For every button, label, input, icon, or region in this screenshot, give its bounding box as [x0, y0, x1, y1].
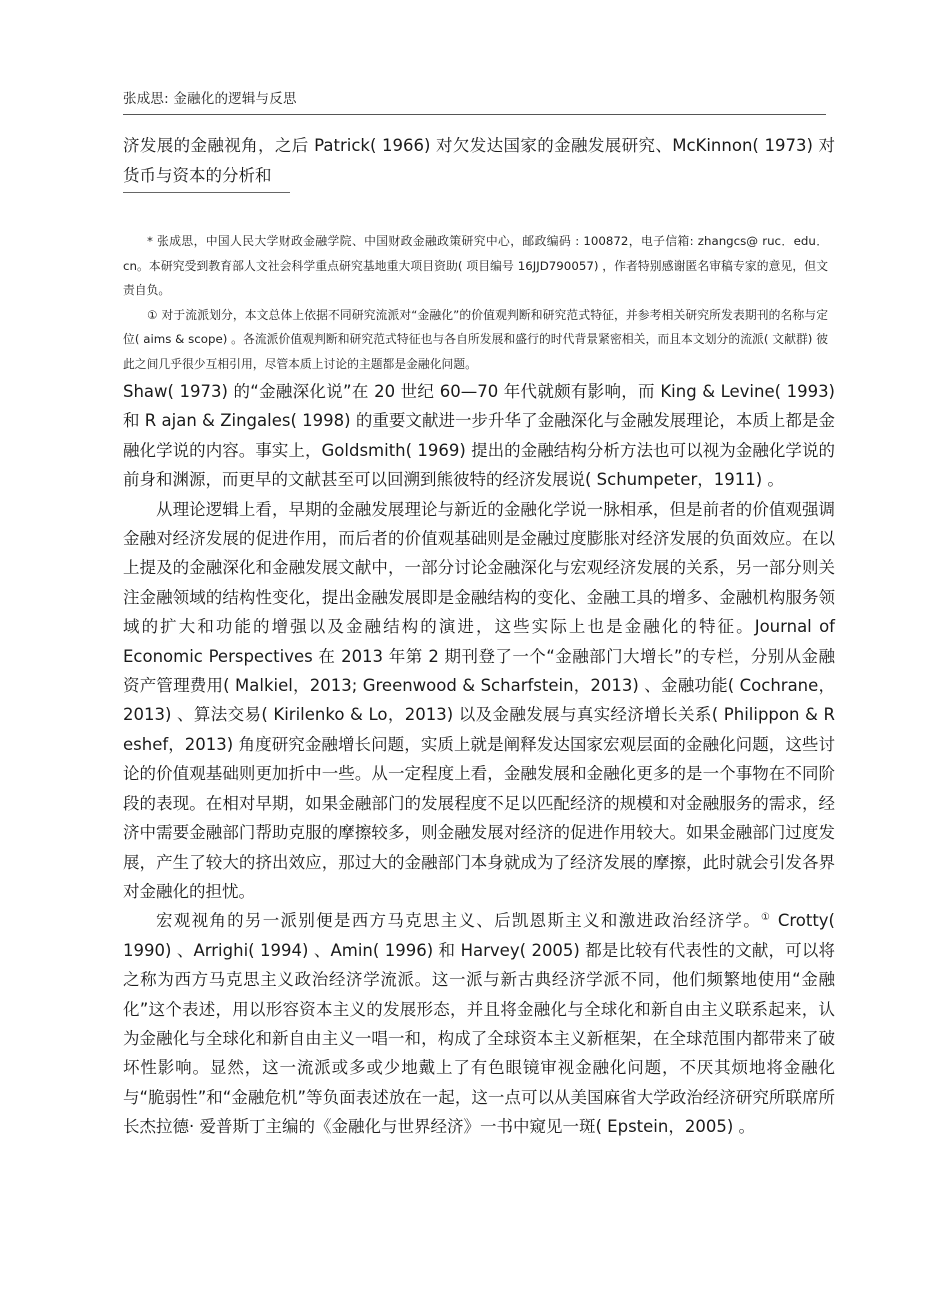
- continued-paragraph: 济发展的金融视角，之后 Patrick( 1966) 对欠发达国家的金融发展研究…: [123, 131, 835, 191]
- body-text: Shaw( 1973) 的“金融深化说”在 20 世纪 60—70 年代就颇有影…: [123, 377, 835, 1142]
- paragraph-3-text-b: Crotty( 1990) 、Arrighi( 1994) 、Amin( 199…: [123, 911, 835, 1136]
- paragraph-3: 宏观视角的另一派别便是西方马克思主义、后凯恩斯主义和激进政治经济学。① Crot…: [123, 906, 835, 1141]
- footnote-author: * 张成思，中国人民大学财政金融学院、中国财政金融政策研究中心，邮政编码 : 1…: [123, 229, 828, 303]
- paragraph-3-text-a: 宏观视角的另一派别便是西方马克思主义、后凯恩斯主义和激进政治经济学。: [156, 911, 761, 930]
- paragraph-2: 从理论逻辑上看，早期的金融发展理论与新近的金融化学说一脉相承，但是前者的价值观强…: [123, 495, 835, 907]
- paragraph-1: Shaw( 1973) 的“金融深化说”在 20 世纪 60—70 年代就颇有影…: [123, 377, 835, 495]
- footnote-1: ① 对于流派划分，本文总体上依据不同研究流派对“金融化”的价值观判断和研究范式特…: [123, 303, 828, 377]
- footnotes: * 张成思，中国人民大学财政金融学院、中国财政金融政策研究中心，邮政编码 : 1…: [123, 229, 828, 376]
- footnote-separator: [123, 192, 290, 193]
- running-head: 张成思: 金融化的逻辑与反思: [123, 87, 297, 107]
- footnote-ref-1[interactable]: ①: [761, 912, 771, 923]
- header-rule: [123, 114, 826, 115]
